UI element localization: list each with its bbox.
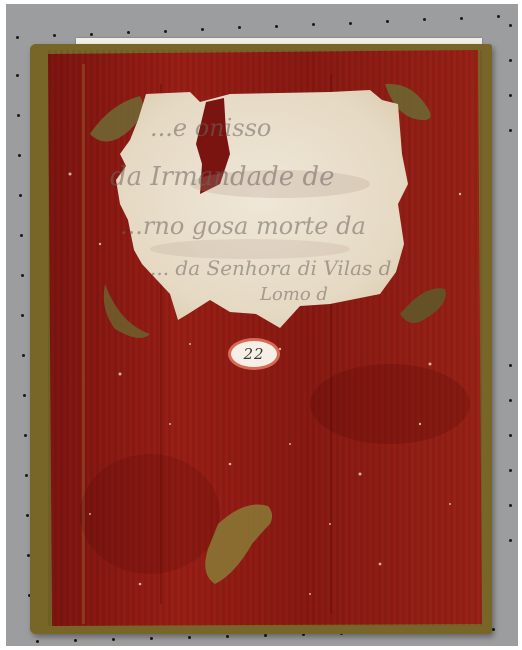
label-line-3: ...rno gosa morte da	[120, 212, 366, 240]
number-label: 22	[228, 338, 280, 370]
calibration-dot	[23, 394, 26, 397]
calibration-dot	[509, 504, 512, 507]
calibration-dot	[21, 314, 24, 317]
calibration-dot	[36, 640, 39, 643]
calibration-dot	[26, 514, 29, 517]
calibration-dot	[509, 434, 512, 437]
calibration-dot	[90, 33, 93, 36]
calibration-dot	[112, 638, 115, 641]
calibration-dot	[509, 59, 512, 62]
calibration-dot	[74, 639, 77, 642]
calibration-dot	[509, 24, 512, 27]
calibration-dot	[386, 20, 389, 23]
calibration-dot	[497, 15, 500, 18]
calibration-dot	[460, 17, 463, 20]
calibration-dot	[312, 23, 315, 26]
calibration-dot	[509, 399, 512, 402]
number-label-text: 22	[243, 345, 264, 363]
calibration-dot	[164, 30, 167, 33]
calibration-dot	[226, 635, 229, 638]
calibration-dot	[16, 36, 19, 39]
label-line-1: ...e onisso	[150, 114, 271, 142]
calibration-dot	[150, 637, 153, 640]
calibration-dot	[16, 74, 19, 77]
calibration-dot	[509, 364, 512, 367]
calibration-dot	[492, 628, 495, 631]
calibration-dot	[21, 274, 24, 277]
calibration-dot	[20, 234, 23, 237]
calibration-dot	[509, 469, 512, 472]
calibration-dot	[423, 18, 426, 21]
calibration-dot	[509, 539, 512, 542]
calibration-dot	[53, 34, 56, 37]
calibration-dot	[19, 194, 22, 197]
label-line-2: da Irmandade de	[110, 162, 334, 192]
calibration-dot	[509, 129, 512, 132]
calibration-dot	[127, 31, 130, 34]
calibration-dot	[22, 354, 25, 357]
label-line-5: Lomo d	[260, 284, 328, 305]
calibration-dot	[25, 474, 28, 477]
calibration-dot	[238, 26, 241, 29]
label-line-4: ... da Senhora di Vilas d	[150, 256, 391, 280]
calibration-dot	[349, 22, 352, 25]
calibration-dot	[275, 25, 278, 28]
calibration-dot	[17, 114, 20, 117]
calibration-dot	[264, 634, 267, 637]
calibration-dot	[201, 28, 204, 31]
calibration-dot	[188, 636, 191, 639]
calibration-dot	[509, 94, 512, 97]
calibration-dot	[18, 154, 21, 157]
calibration-dot	[24, 434, 27, 437]
